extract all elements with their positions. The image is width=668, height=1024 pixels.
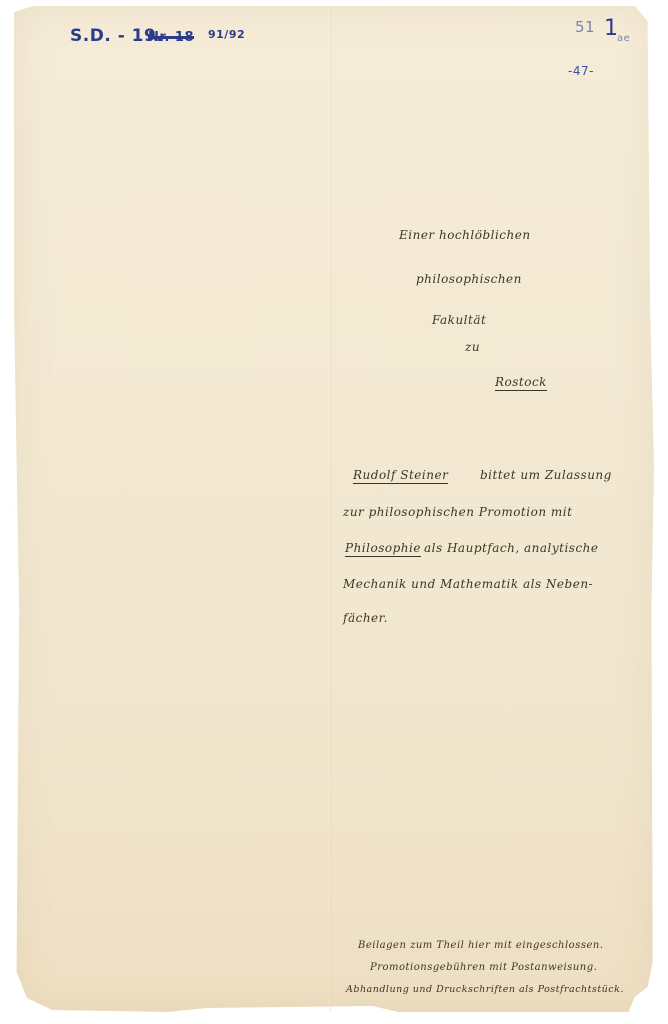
petition-line-5: fächer.	[343, 611, 388, 625]
vertical-fold-line	[329, 6, 331, 1012]
address-city: Rostock	[495, 375, 547, 391]
address-line-3: Fakultät	[432, 313, 486, 327]
archive-year: 91/92	[208, 28, 245, 41]
address-line-2: philosophischen	[416, 272, 522, 286]
struck-archive-number: Nr. 18	[148, 30, 194, 45]
folio-suffix: ae	[617, 33, 630, 44]
page-number: -47-	[568, 64, 594, 78]
enclosures-line-3: Abhandlung und Druckschriften als Postfr…	[346, 984, 624, 995]
pencil-page-number: 51	[575, 18, 595, 36]
petitioner-name: Rudolf Steiner	[353, 468, 448, 484]
enclosures-line-1: Beilagen zum Theil hier mit eingeschloss…	[358, 940, 604, 951]
petition-line-4: Mechanik und Mathematik als Neben-	[343, 577, 593, 591]
petition-line-1: bittet um Zulassung	[480, 468, 612, 482]
petition-line-2: zur philosophischen Promotion mit	[343, 505, 572, 519]
petition-line-3: als Hauptfach, analytische	[424, 541, 599, 555]
address-line-1: Einer hochlöblichen	[399, 228, 531, 242]
main-subject: Philosophie	[345, 541, 421, 557]
enclosures-line-2: Promotionsgebühren mit Postanweisung.	[370, 962, 597, 973]
address-line-4: zu	[465, 340, 480, 354]
